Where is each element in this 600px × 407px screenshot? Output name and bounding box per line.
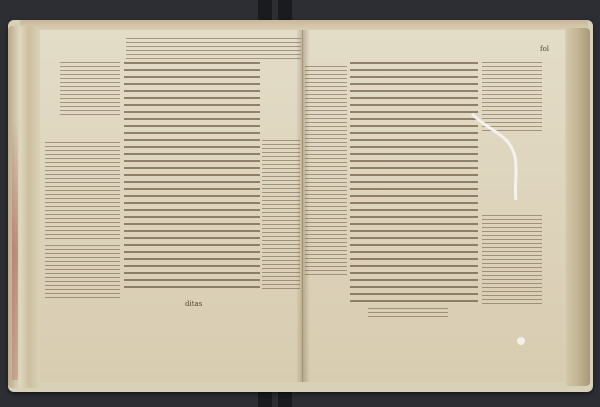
left-margin-gloss-top (60, 62, 120, 118)
left-main-text (124, 62, 260, 292)
parchment-tear (470, 112, 530, 202)
red-edge-stain (12, 120, 18, 380)
left-inner-gloss (262, 140, 300, 290)
left-margin-gloss-middle (45, 142, 120, 242)
parchment-hole (517, 337, 525, 345)
folio-mark: fol (540, 45, 549, 53)
left-final-word: ditas (185, 300, 202, 308)
right-inner-gloss (305, 66, 347, 276)
right-margin-gloss-bottom (482, 215, 542, 305)
left-top-gloss (126, 38, 301, 62)
right-main-text (350, 62, 478, 302)
left-margin-gloss-bottom (45, 245, 120, 300)
right-footer-note (368, 308, 448, 320)
book-right-edge (566, 28, 590, 386)
